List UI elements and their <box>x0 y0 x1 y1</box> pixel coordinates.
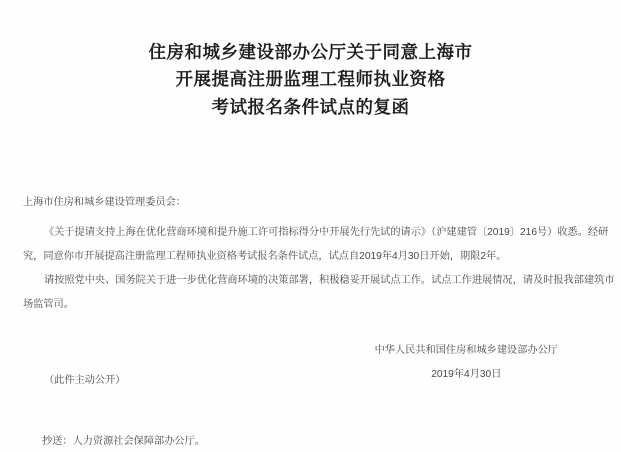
salutation: 上海市住房和城乡建设管理委员会： <box>23 191 615 215</box>
document-title: 住房和城乡建设部办公厅关于同意上海市 开展提高注册监理工程师执业资格 考试报名条… <box>0 12 621 122</box>
official-letter-page: 住房和城乡建设部办公厅关于同意上海市 开展提高注册监理工程师执业资格 考试报名条… <box>0 0 621 452</box>
signature-block: 中华人民共和国住房和城乡建设部办公厅 2019年4月30日 <box>375 339 558 387</box>
signature-organization: 中华人民共和国住房和城乡建设部办公厅 <box>375 339 558 363</box>
document-title-line-3: 考试报名条件试点的复函 <box>0 94 621 122</box>
paragraph-2-line-2: 场监管司。 <box>23 293 615 317</box>
body-paragraph-2: 请按照党中央、国务院关于进一步优化营商环境的决策部署，积极稳妥开展试点工作。试点… <box>23 269 615 317</box>
document-title-line-1: 住房和城乡建设部办公厅关于同意上海市 <box>0 39 621 67</box>
paragraph-1-line-1: 《关于提请支持上海在优化营商环境和提升施工许可指标得分中开展先行先试的请示》（沪… <box>23 221 615 245</box>
paragraph-2-line-1: 请按照党中央、国务院关于进一步优化营商环境的决策部署，积极稳妥开展试点工作。试点… <box>23 269 615 293</box>
signature-date: 2019年4月30日 <box>375 363 558 387</box>
paragraph-1-line-2: 究，同意你市开展提高注册监理工程师执业资格考试报名条件试点，试点自2019年4月… <box>23 245 615 269</box>
cc-line: 抄送：人力资源社会保障部办公厅。 <box>42 435 205 449</box>
document-body: 上海市住房和城乡建设管理委员会： 《关于提请支持上海在优化营商环境和提升施工许可… <box>0 191 621 317</box>
body-paragraph-1: 《关于提请支持上海在优化营商环境和提升施工许可指标得分中开展先行先试的请示》（沪… <box>23 221 615 269</box>
disclosure-note: （此件主动公开） <box>44 374 126 388</box>
document-title-line-2: 开展提高注册监理工程师执业资格 <box>0 66 621 94</box>
